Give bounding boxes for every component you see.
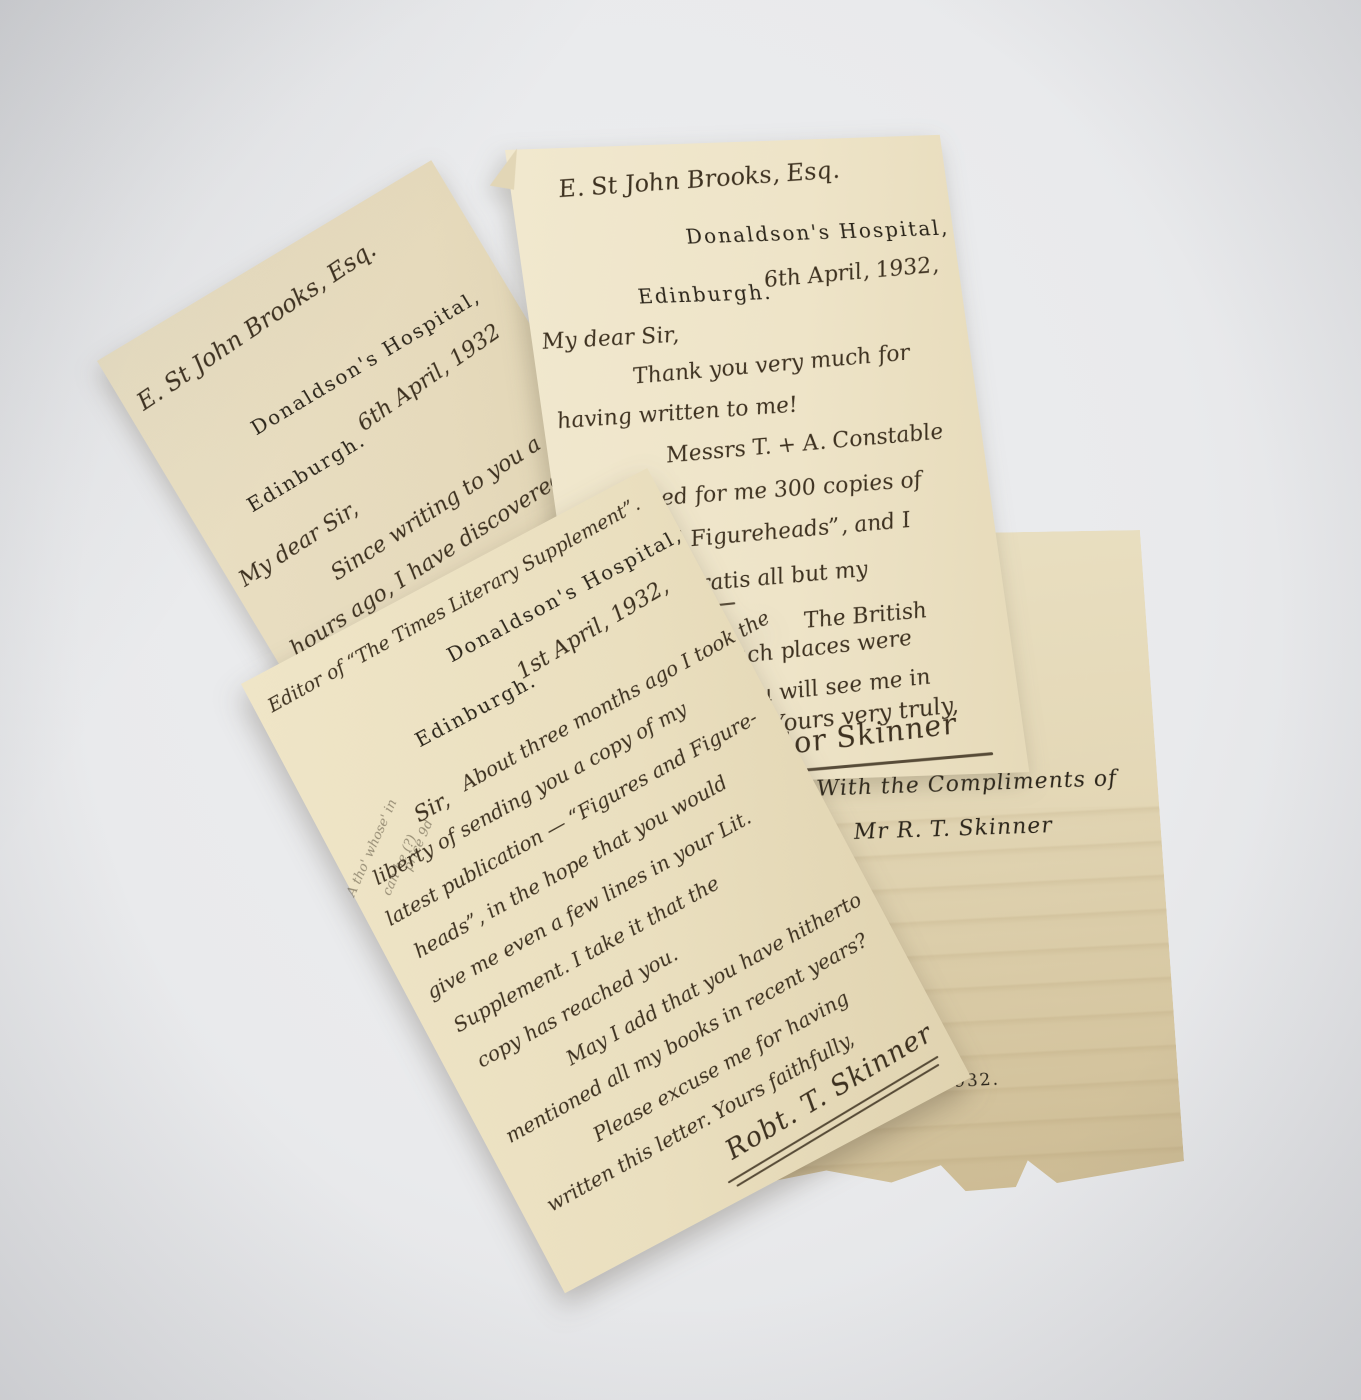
letter-reply-6-april-line-4: My dear Sir, [540, 324, 680, 355]
letter-reply-6-april-line-6: having written to me! [555, 394, 800, 435]
letter-tls-editor-1-april-line-7: Sir, [410, 789, 454, 828]
letter-note-6-april-line-3: 6th April, 1932 [354, 320, 506, 436]
compliments-slip-line-1: Mr R. T. Skinner [853, 814, 1054, 845]
photograph-of-letters: E. St John Brooks, Esq.Donaldson's Hospi… [0, 0, 1361, 1400]
letter-reply-6-april-line-2: Edinburgh. [637, 281, 774, 308]
letter-reply-6-april-line-3: 6th April, 1932, [762, 254, 941, 293]
letter-reply-6-april-line-7: Messrs T. + A. Constable [664, 420, 945, 468]
letter-reply-6-april-line-5: Thank you very much for [631, 341, 912, 389]
letter-reply-6-april-line-1: Donaldson's Hospital, [684, 217, 950, 248]
letter-reply-6-april-line-12: The British [802, 599, 929, 634]
letter-reply-6-april-line-0: E. St John Brooks, Esq. [556, 157, 841, 203]
